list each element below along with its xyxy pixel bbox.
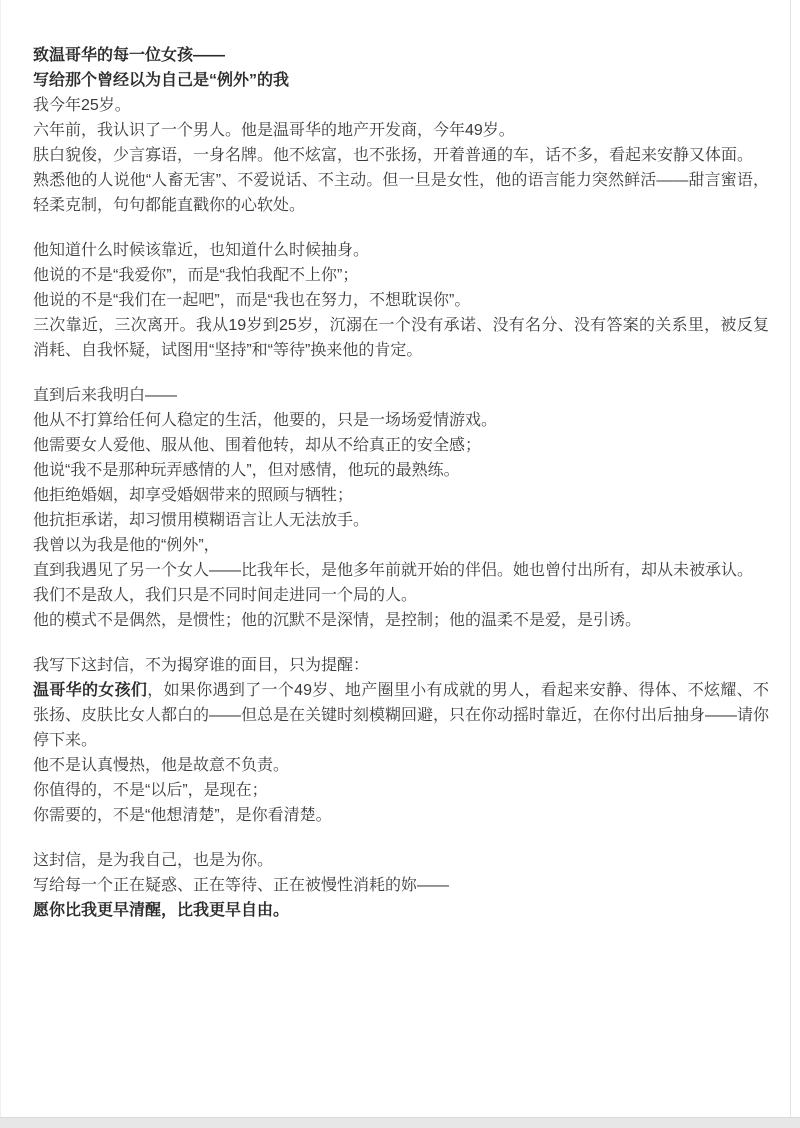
text-run-bold: 温哥华的女孩们 [33, 682, 147, 699]
text-run: 你值得的，不是“以后”，是现在； [33, 782, 268, 799]
text-run: 你需要的，不是“他想清楚”，是你看清楚。 [33, 807, 332, 824]
text-run-bold: 致温哥华的每一位女孩—— [33, 47, 225, 64]
text-run: 肤白貌俊，少言寡语，一身名牌。他不炫富，也不张扬，开着普通的车，话不多，看起来安… [33, 147, 753, 164]
paragraph: 这封信，是为我自己，也是为你。写给每一个正在疑惑、正在等待、正在被慢性消耗的妳—… [33, 848, 769, 923]
text-run: 他拒绝婚姻，却享受婚姻带来的照顾与牺牲； [33, 487, 353, 504]
text-run: 他需要女人爱他、服从他、围着他转，却从不给真正的安全感； [33, 437, 481, 454]
paragraph: 致温哥华的每一位女孩——写给那个曾经以为自己是“例外”的我我今年25岁。六年前，… [33, 43, 769, 218]
text-run: 他抗拒承诺，却习惯用模糊语言让人无法放手。 [33, 512, 369, 529]
paragraph: 我写下这封信，不为揭穿谁的面目，只为提醒：温哥华的女孩们，如果你遇到了一个49岁… [33, 653, 769, 828]
page-bottom-band [0, 1117, 800, 1128]
paragraph: 他知道什么时候该靠近，也知道什么时候抽身。他说的不是“我爱你”，而是“我怕我配不… [33, 238, 769, 363]
text-run: 直到后来我明白—— [33, 387, 177, 404]
text-run: 他说“我不是那种玩弄感情的人”，但对感情，他玩的最熟练。 [33, 462, 460, 479]
letter-page: 致温哥华的每一位女孩——写给那个曾经以为自己是“例外”的我我今年25岁。六年前，… [0, 0, 800, 1117]
text-run: 写给每一个正在疑惑、正在等待、正在被慢性消耗的妳—— [33, 877, 449, 894]
text-run: 六年前，我认识了一个男人。他是温哥华的地产开发商，今年49岁。 [33, 122, 515, 139]
text-run: 直到我遇见了另一个女人——比我年长，是他多年前就开始的伴侣。她也曾付出所有，却从… [33, 562, 753, 579]
text-run: 三次靠近，三次离开。我从19岁到25岁，沉溺在一个没有承诺、没有名分、没有答案的… [33, 317, 769, 359]
paragraph: 直到后来我明白——他从不打算给任何人稳定的生活，他要的，只是一场场爱情游戏。他需… [33, 383, 769, 633]
letter-body: 致温哥华的每一位女孩——写给那个曾经以为自己是“例外”的我我今年25岁。六年前，… [33, 43, 769, 923]
text-run: 他说的不是“我爱你”，而是“我怕我配不上你”； [33, 267, 358, 284]
text-run: 我写下这封信，不为揭穿谁的面目，只为提醒： [33, 657, 369, 674]
text-run: 他从不打算给任何人稳定的生活，他要的，只是一场场爱情游戏。 [33, 412, 497, 429]
text-run-bold: 愿你比我更早清醒，比我更早自由。 [33, 902, 289, 919]
screenshot-viewport: 致温哥华的每一位女孩——写给那个曾经以为自己是“例外”的我我今年25岁。六年前，… [0, 0, 800, 1128]
page-right-edge-line [790, 0, 791, 1117]
text-run-bold: 写给那个曾经以为自己是“例外”的我 [33, 72, 289, 89]
text-run: 我今年25岁。 [33, 97, 131, 114]
text-run: 这封信，是为我自己，也是为你。 [33, 852, 273, 869]
text-run: 我曾以为我是他的“例外”， [33, 537, 220, 554]
text-run: 他的模式不是偶然，是惯性；他的沉默不是深情，是控制；他的温柔不是爱，是引诱。 [33, 612, 641, 629]
text-run: 我们不是敌人，我们只是不同时间走进同一个局的人。 [33, 587, 417, 604]
text-run: 他知道什么时候该靠近，也知道什么时候抽身。 [33, 242, 369, 259]
text-run: 他说的不是“我们在一起吧”，而是“我也在努力，不想耽误你”。 [33, 292, 470, 309]
text-run: 熟悉他的人说他“人畜无害”、不爱说话、不主动。但一旦是女性，他的语言能力突然鲜活… [33, 172, 769, 214]
text-run: 他不是认真慢热，他是故意不负责。 [33, 757, 289, 774]
